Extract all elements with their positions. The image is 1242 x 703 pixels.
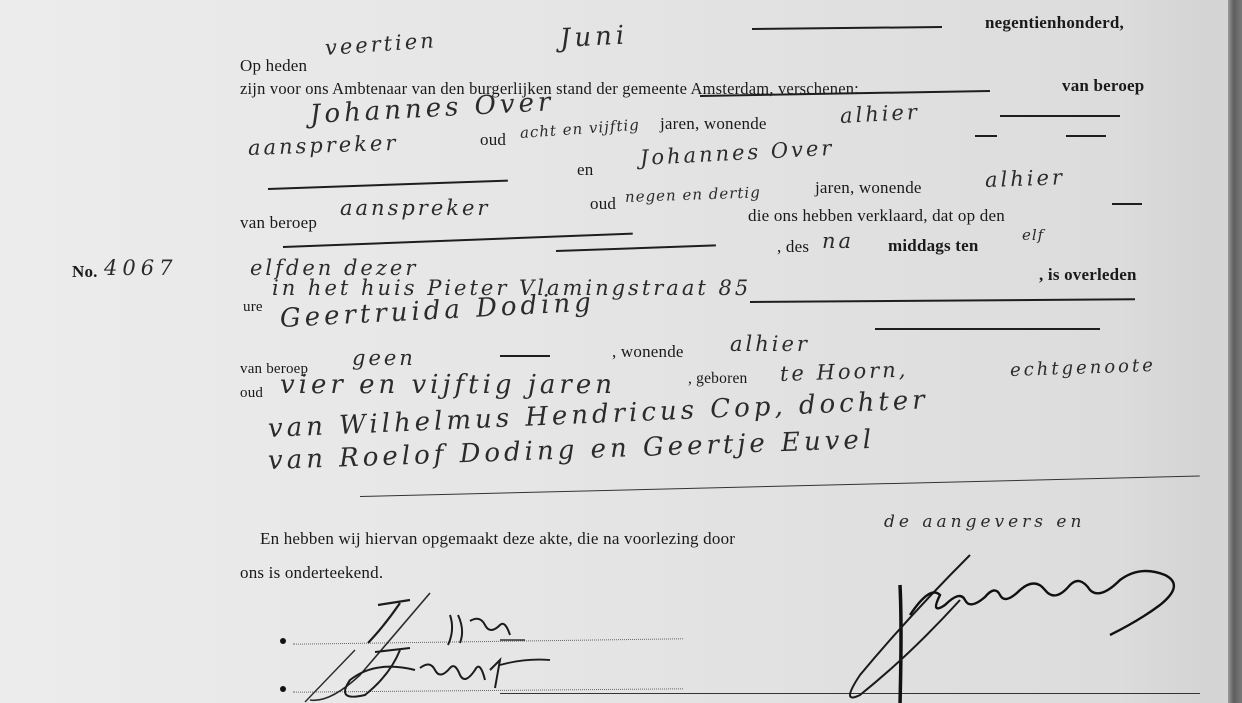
printed-oud: oud <box>480 130 506 150</box>
hand-time-of-day: na <box>822 229 854 253</box>
printed-ure: ure <box>243 299 263 316</box>
hand-declarant2-residence: alhier <box>985 165 1066 192</box>
blank-line <box>500 355 550 357</box>
printed-van-beroep: van beroep <box>1062 76 1144 96</box>
hand-birthplace: te Hoorn, <box>780 358 909 386</box>
record-number-label: No. <box>72 262 98 282</box>
printed-des: , des <box>777 237 809 257</box>
printed-oud-deceased: oud <box>240 385 263 402</box>
hand-month: Juni <box>559 20 629 54</box>
printed-middags: middags ten <box>888 236 979 256</box>
hand-deceased-occupation: geen <box>352 346 416 370</box>
blank-line <box>1066 135 1106 137</box>
hand-declarant2-age: negen en dertig <box>625 183 761 206</box>
printed-closing-2: ons is onderteekend. <box>240 563 383 583</box>
blank-line <box>752 26 942 30</box>
blank-line <box>975 135 997 137</box>
hand-declarant1-residence: alhier <box>839 100 920 128</box>
hand-hour: elf <box>1022 226 1044 244</box>
blank-line <box>283 233 633 248</box>
hand-declarant2-occupation: aanspreker <box>340 196 490 220</box>
printed-wonende-deceased: , wonende <box>612 342 684 362</box>
printed-closing-1: En hebben wij hiervan opgemaakt deze akt… <box>260 529 735 549</box>
blank-line <box>1112 203 1142 205</box>
binding-edge <box>1228 0 1242 703</box>
hand-spouse-relation: echtgenoote <box>1010 355 1157 381</box>
blank-line <box>1000 115 1120 117</box>
hand-declarant1-age: acht en vijftig <box>519 116 640 142</box>
signature-bullet <box>280 686 286 692</box>
printed-jaren-wonende-2: jaren, wonende <box>815 178 922 198</box>
closing-rule <box>360 475 1200 497</box>
printed-verklaard: die ons hebben verklaard, dat op den <box>748 206 1005 226</box>
printed-van-beroep-2: van beroep <box>240 213 317 233</box>
printed-jaren-wonende: jaren, wonende <box>660 114 767 134</box>
hand-day: veertien <box>324 28 437 60</box>
printed-overleden: , is overleden <box>1039 265 1137 285</box>
hand-deceased-residence: alhier <box>730 332 810 356</box>
hand-declarant2-name: Johannes Over <box>639 136 835 170</box>
printed-op-heden: Op heden <box>240 56 307 76</box>
printed-en: en <box>577 160 593 180</box>
signature-declarant-2 <box>295 640 565 703</box>
blank-line <box>268 180 508 190</box>
printed-year: negentienhonderd, <box>985 13 1124 33</box>
record-number: 4067 <box>104 256 177 280</box>
blank-line <box>750 298 1135 303</box>
signature-official <box>820 545 1200 703</box>
document-page: Op heden veertien Juni negentienhonderd,… <box>0 0 1242 703</box>
hand-declarant1-occupation: aanspreker <box>248 131 399 160</box>
hand-deceased-age: vier en vijftig jaren <box>280 370 616 400</box>
blank-line <box>875 328 1100 330</box>
signature-bullet <box>280 638 286 644</box>
printed-geboren: , geboren <box>688 370 747 388</box>
printed-oud-2: oud <box>590 194 616 214</box>
hand-read-by: de aangevers en <box>884 512 1085 532</box>
blank-line <box>556 244 716 252</box>
